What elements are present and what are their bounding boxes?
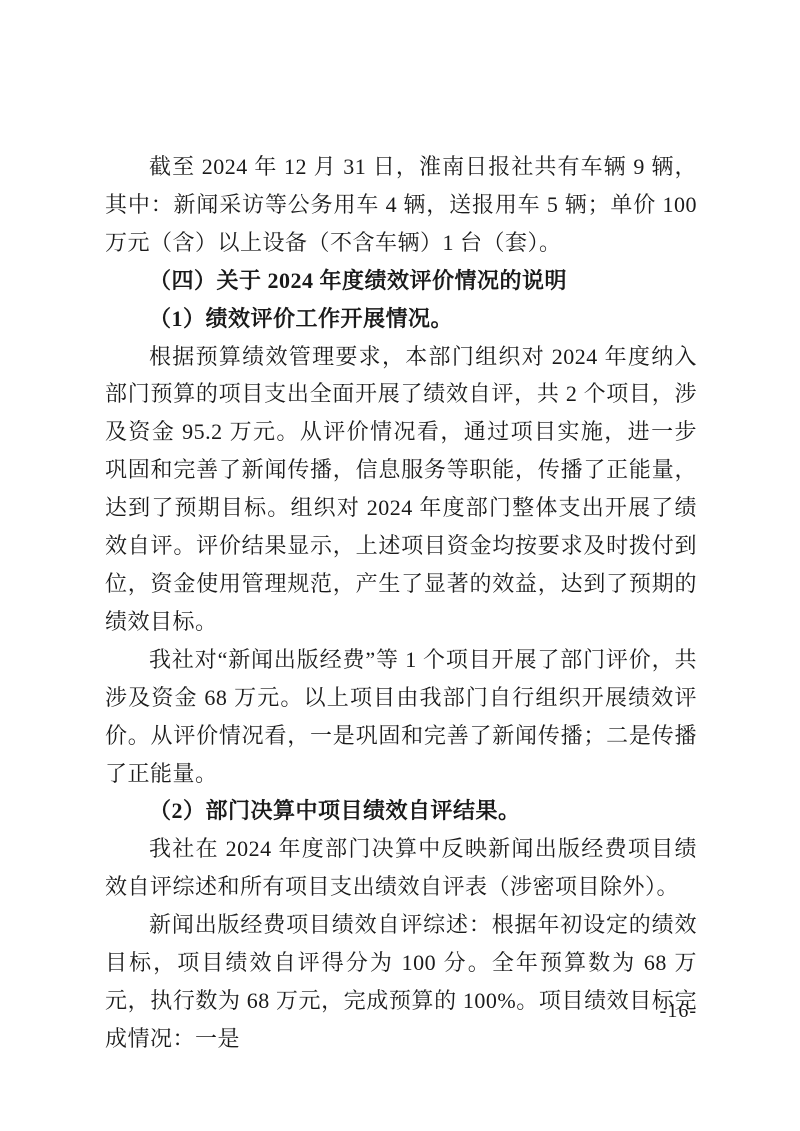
document-page: 截至 2024 年 12 月 31 日，淮南日报社共有车辆 9 辆，其中：新闻采… xyxy=(0,0,800,1131)
heading-item-1-evaluation-work: （1）绩效评价工作开展情况。 xyxy=(105,300,697,338)
page-number: -16- xyxy=(660,1000,697,1023)
paragraph-final-accounts-reflection: 我社在 2024 年度部门决算中反映新闻出版经费项目绩效自评综述和所有项目支出绩… xyxy=(105,830,697,906)
heading-section-4-performance-evaluation: （四）关于 2024 年度绩效评价情况的说明 xyxy=(105,262,697,300)
paragraph-department-evaluation: 我社对“新闻出版经费”等 1 个项目开展了部门评价，共涉及资金 68 万元。以上… xyxy=(105,641,697,793)
document-body: 截至 2024 年 12 月 31 日，淮南日报社共有车辆 9 辆，其中：新闻采… xyxy=(105,148,697,1058)
heading-item-2-self-evaluation-results: （2）部门决算中项目绩效自评结果。 xyxy=(105,792,697,830)
paragraph-vehicle-summary: 截至 2024 年 12 月 31 日，淮南日报社共有车辆 9 辆，其中：新闻采… xyxy=(105,148,697,262)
paragraph-press-publication-funds-summary: 新闻出版经费项目绩效自评综述：根据年初设定的绩效目标，项目绩效自评得分为 100… xyxy=(105,906,697,1058)
paragraph-self-evaluation-overview: 根据预算绩效管理要求，本部门组织对 2024 年度纳入部门预算的项目支出全面开展… xyxy=(105,338,697,641)
